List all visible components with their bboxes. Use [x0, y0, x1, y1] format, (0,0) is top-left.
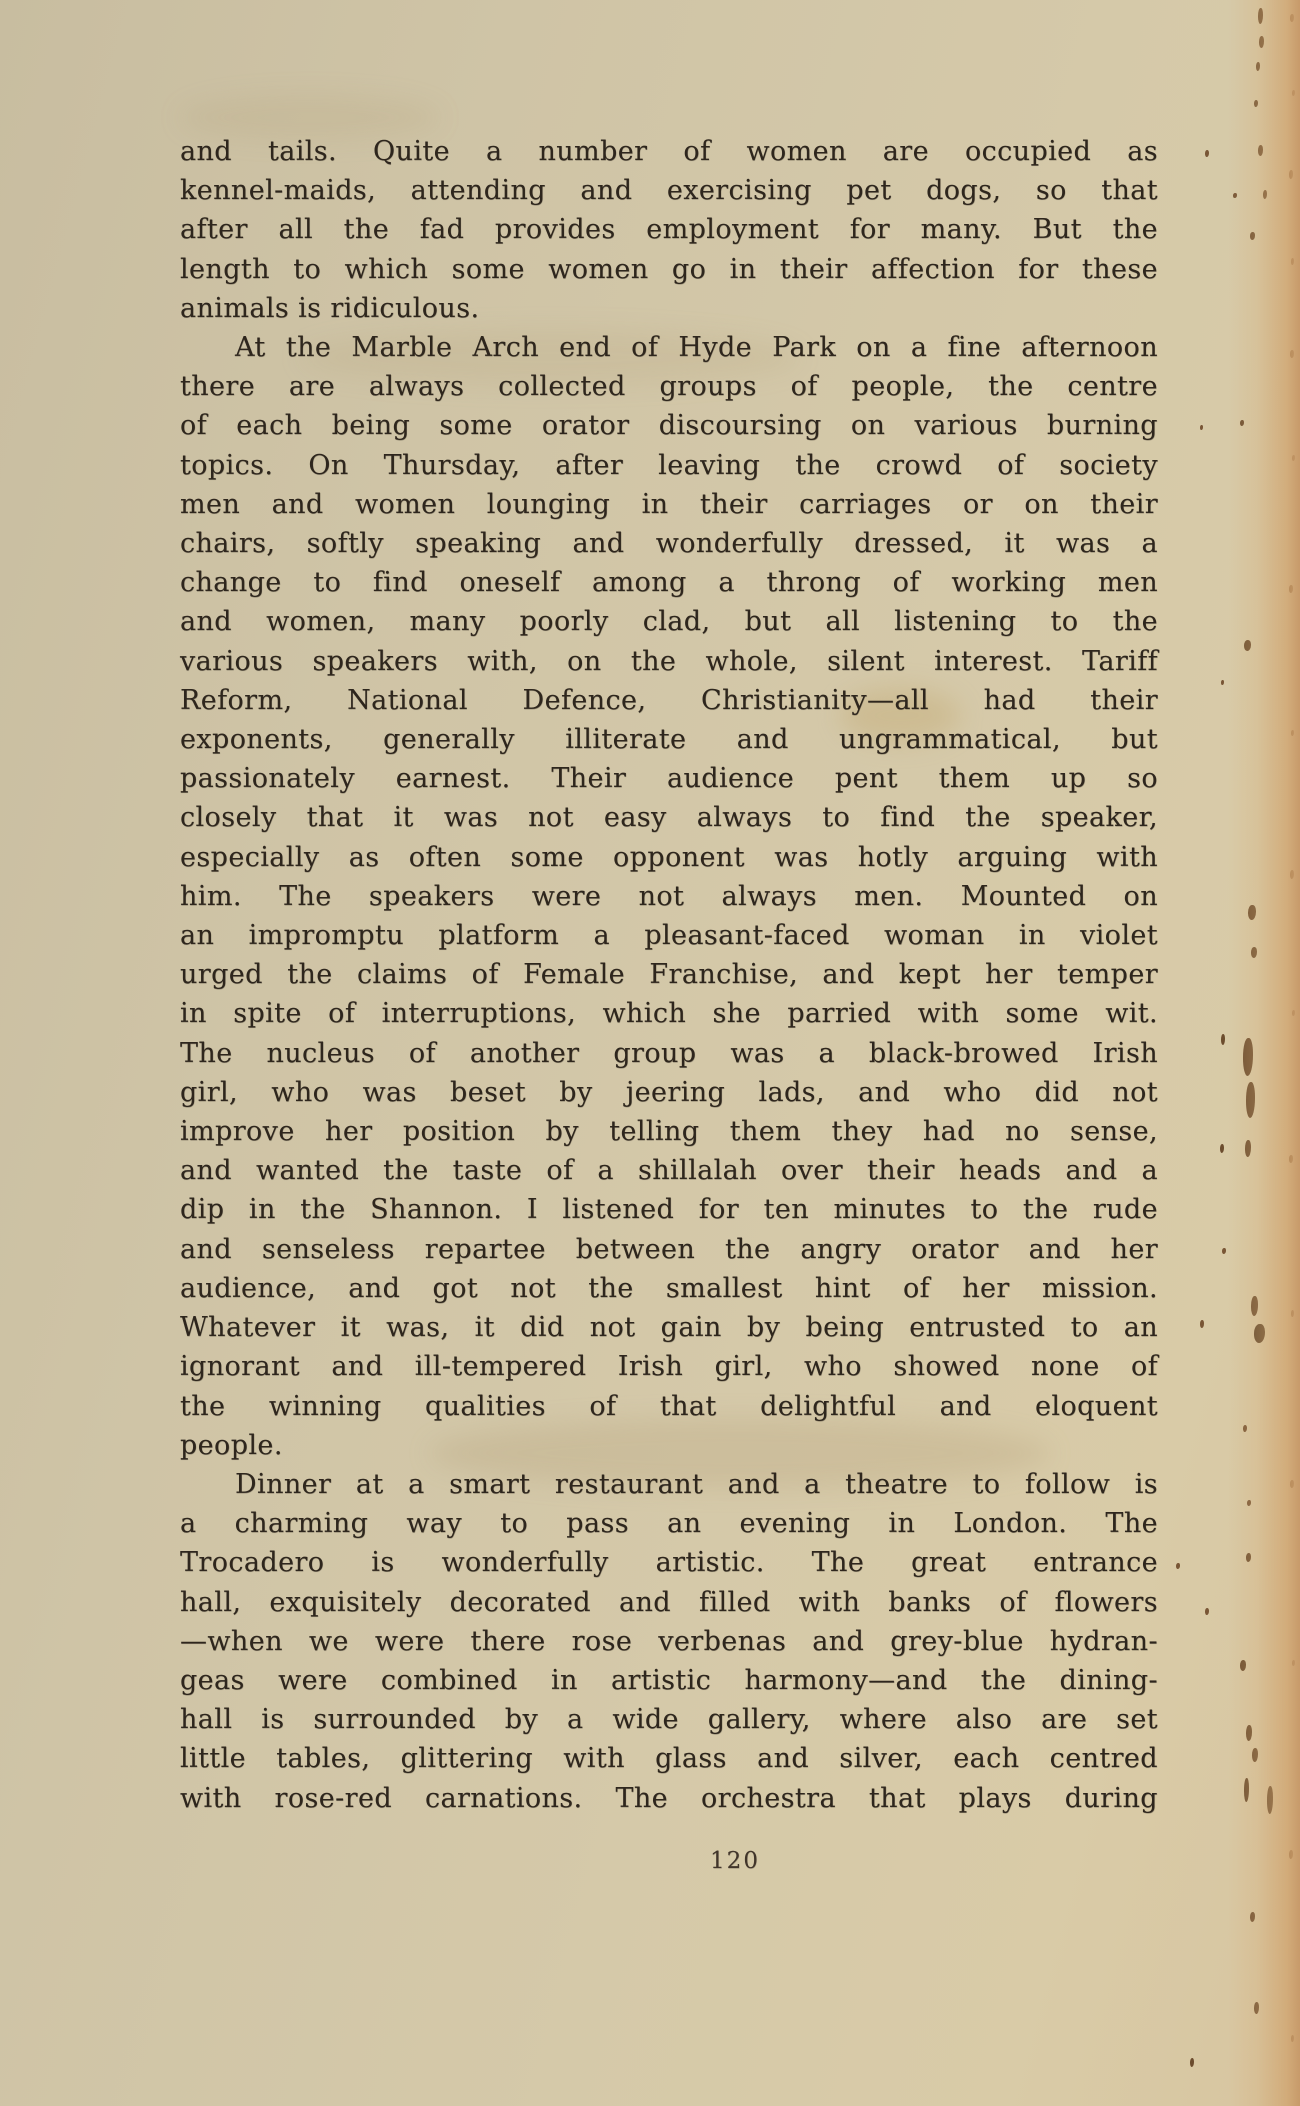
- text-line: —when we were there rose verbenas and gr…: [180, 1622, 1158, 1661]
- text-line: hall is surrounded by a wide gallery, wh…: [180, 1700, 1158, 1739]
- ink-speck: [1222, 1248, 1226, 1254]
- text-line: and senseless repartee between the angry…: [180, 1230, 1158, 1269]
- text-line: Dinner at a smart restaurant and a theat…: [180, 1465, 1158, 1504]
- ink-speck: [1200, 1320, 1204, 1328]
- text-line: change to find oneself among a throng of…: [180, 563, 1158, 602]
- ink-speck: [1205, 1608, 1209, 1615]
- text-line: the winning qualities of that delightful…: [180, 1387, 1158, 1426]
- text-block: and tails. Quite a number of women are o…: [180, 132, 1158, 1818]
- text-line: after all the fad provides employment fo…: [180, 210, 1158, 249]
- text-line: men and women lounging in their carriage…: [180, 485, 1158, 524]
- ink-speck: [1200, 425, 1203, 430]
- ink-speck: [1221, 1034, 1225, 1045]
- text-line: people.: [180, 1426, 1158, 1465]
- text-line: in spite of interruptions, which she par…: [180, 994, 1158, 1033]
- text-line: Whatever it was, it did not gain by bein…: [180, 1308, 1158, 1347]
- text-line: closely that it was not easy always to f…: [180, 798, 1158, 837]
- page-number: 120: [700, 1848, 770, 1874]
- text-line: Reform, National Defence, Christianity—a…: [180, 681, 1158, 720]
- text-line: and wanted the taste of a shillalah over…: [180, 1151, 1158, 1190]
- text-line: various speakers with, on the whole, sil…: [180, 642, 1158, 681]
- text-line: geas were combined in artistic harmony—a…: [180, 1661, 1158, 1700]
- text-line: passionately earnest. Their audience pen…: [180, 759, 1158, 798]
- text-line: hall, exquisitely decorated and filled w…: [180, 1583, 1158, 1622]
- ink-speck: [1220, 1144, 1224, 1153]
- text-line: Trocadero is wonderfully artistic. The g…: [180, 1543, 1158, 1582]
- page-fore-edge: [1228, 0, 1300, 2106]
- text-line: and women, many poorly clad, but all lis…: [180, 602, 1158, 641]
- text-line: girl, who was beset by jeering lads, and…: [180, 1073, 1158, 1112]
- text-line: of each being some orator discoursing on…: [180, 406, 1158, 445]
- ink-speck: [1190, 2058, 1194, 2067]
- text-line: animals is ridiculous.: [180, 289, 1158, 328]
- text-line: and tails. Quite a number of women are o…: [180, 132, 1158, 171]
- text-line: urged the claims of Female Franchise, an…: [180, 955, 1158, 994]
- text-line: audience, and got not the smallest hint …: [180, 1269, 1158, 1308]
- text-line: topics. On Thursday, after leaving the c…: [180, 446, 1158, 485]
- text-line: dip in the Shannon. I listened for ten m…: [180, 1190, 1158, 1229]
- text-line: little tables, glittering with glass and…: [180, 1739, 1158, 1778]
- text-line: especially as often some opponent was ho…: [180, 838, 1158, 877]
- text-line: kennel-maids, attending and exercising p…: [180, 171, 1158, 210]
- ink-speck: [1205, 150, 1209, 157]
- text-line: with rose-red carnations. The orchestra …: [180, 1779, 1158, 1818]
- text-line: length to which some women go in their a…: [180, 250, 1158, 289]
- text-line: chairs, softly speaking and wonderfully …: [180, 524, 1158, 563]
- text-line: The nucleus of another group was a black…: [180, 1034, 1158, 1073]
- text-line: there are always collected groups of peo…: [180, 367, 1158, 406]
- book-page: and tails. Quite a number of women are o…: [0, 0, 1300, 2106]
- text-line: At the Marble Arch end of Hyde Park on a…: [180, 328, 1158, 367]
- ink-speck: [1176, 1563, 1180, 1569]
- text-line: ignorant and ill-tempered Irish girl, wh…: [180, 1347, 1158, 1386]
- text-line: exponents, generally illiterate and ungr…: [180, 720, 1158, 759]
- text-line: improve her position by telling them the…: [180, 1112, 1158, 1151]
- ink-speck: [1221, 680, 1224, 685]
- text-line: a charming way to pass an evening in Lon…: [180, 1504, 1158, 1543]
- text-line: an impromptu platform a pleasant-faced w…: [180, 916, 1158, 955]
- text-line: him. The speakers were not always men. M…: [180, 877, 1158, 916]
